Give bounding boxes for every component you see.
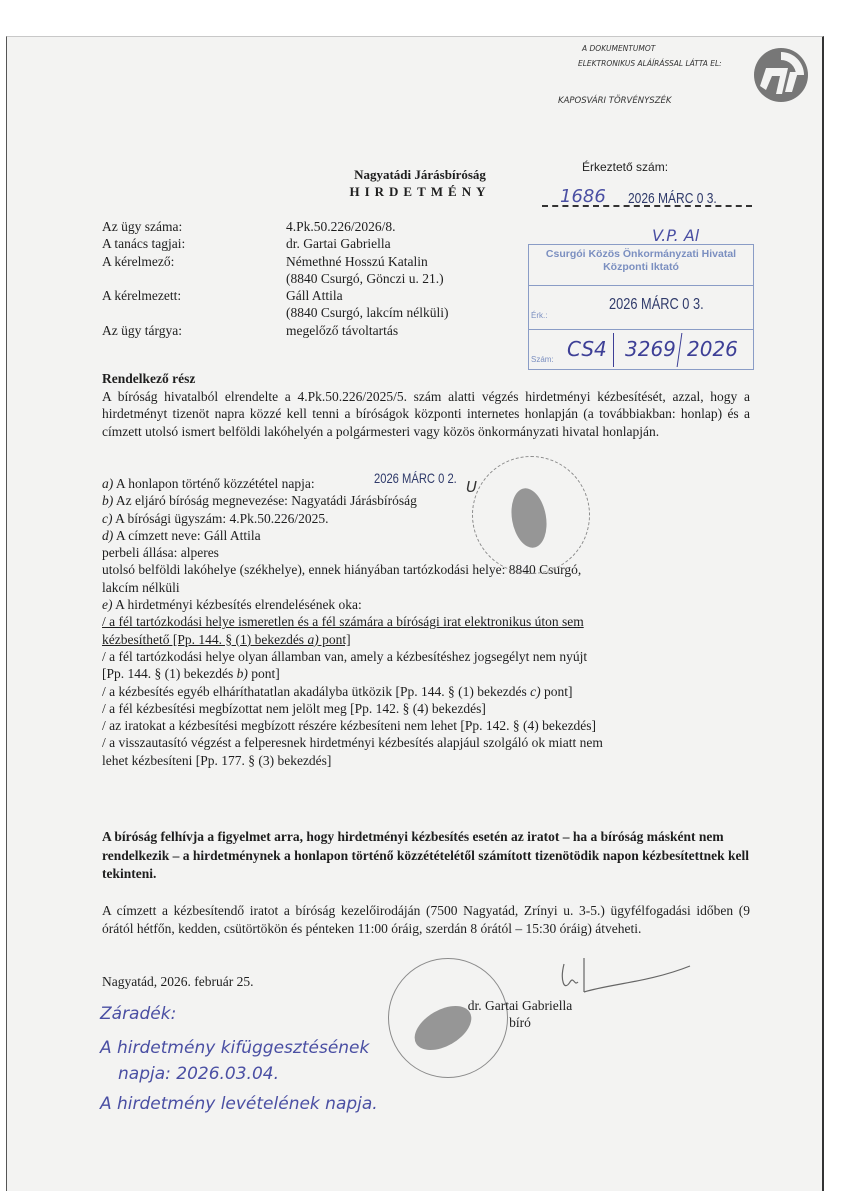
registry-date: 2026 MÁRC 0 3. — [609, 296, 704, 314]
arrival-initials: V.P. Al — [652, 226, 699, 245]
reason-4: / a fél kézbesítési megbízottat nem jelö… — [102, 700, 750, 717]
reason-6: / a visszautasító végzést a felperesnek … — [102, 734, 750, 751]
case-info-row: Az ügy száma:4.Pk.50.226/2026/8. — [102, 218, 448, 235]
case-info-row: A tanács tagjai:dr. Gartai Gabriella — [102, 235, 448, 252]
handwritten-note-line: A hirdetmény levételének napja. — [100, 1094, 378, 1114]
operative-heading: Rendelkező rész — [102, 370, 750, 388]
document-type: HIRDETMÉNY — [300, 183, 540, 200]
handwritten-note-line: napja: 2026.03.04. — [118, 1064, 279, 1084]
reason-1-cont: kézbesíthető [Pp. 144. § (1) bekezdés a)… — [102, 631, 750, 648]
reason-5: / az iratokat a kézbesítési megbízott ré… — [102, 717, 750, 734]
case-info: Az ügy száma:4.Pk.50.226/2026/8. A tanác… — [102, 218, 448, 339]
reason-1: / a fél tartózkodási helye ismeretlen és… — [102, 613, 750, 630]
item-a: a) A honlapon történő közzététel napja: — [102, 475, 750, 492]
operative-section: Rendelkező rész A bíróság hivatalból elr… — [102, 370, 750, 440]
registry-number-part3: 2026 — [687, 337, 738, 361]
reason-2-cont: [Pp. 144. § (1) bekezdés b) pont] — [102, 665, 750, 682]
esign-line2: ELEKTRONIKUS ALÁÍRÁSSAL LÁTTA EL: — [578, 59, 722, 68]
esign-court: KAPOSVÁRI TÖRVÉNYSZÉK — [558, 96, 671, 106]
pickup-info: A címzett a kézbesítendő iratot a bírósá… — [102, 902, 750, 938]
arrival-underline — [542, 205, 752, 207]
registry-stamp: Csurgói Közös Önkormányzati Hivatal Közp… — [528, 244, 754, 370]
item-b: b) Az eljáró bíróság megnevezése: Nagyat… — [102, 492, 750, 509]
handwritten-note-title: Záradék: — [100, 1004, 176, 1024]
case-info-row: A kérelmezett:Gáll Attila(8840 Csurgó, l… — [102, 287, 448, 322]
signer-title: bíró — [465, 1014, 575, 1031]
reason-6-cont: lehet kézbesíteni [Pp. 177. § (3) bekezd… — [102, 752, 750, 769]
item-d-address: utolsó belföldi lakóhelye (székhelye), e… — [102, 561, 750, 578]
esign-line1: A DOKUMENTUMOT — [582, 44, 655, 53]
item-c: c) A bírósági ügyszám: 4.Pk.50.226/2025. — [102, 510, 750, 527]
registry-szam-label: Szám: — [531, 355, 554, 364]
item-e: e) A hirdetményi kézbesítés elrendelésén… — [102, 596, 750, 613]
place-date: Nagyatád, 2026. február 25. — [102, 974, 253, 990]
reason-2: / a fél tartózkodási helye olyan államba… — [102, 648, 750, 665]
signature-icon — [540, 952, 700, 1002]
registry-unit: Központi Iktató — [529, 261, 753, 274]
arrival-handwritten-number: 1686 — [560, 186, 606, 207]
handwritten-note-line: A hirdetmény kifüggesztésének — [100, 1038, 369, 1058]
court-name: Nagyatádi Járásbíróság — [300, 166, 540, 183]
notice-items: a) A honlapon történő közzététel napja: … — [102, 475, 750, 769]
case-info-row: Az ügy tárgya:megelőző távoltartás — [102, 322, 448, 339]
case-info-row: A kérelmező:Némethné Hosszú Katalin(8840… — [102, 253, 448, 288]
registry-number-part1: CS4 — [567, 337, 607, 361]
signer-name: dr. Gartai Gabriella — [465, 997, 575, 1014]
registry-number-part2: 3269 — [625, 337, 676, 361]
court-title: Nagyatádi Járásbíróság HIRDETMÉNY — [300, 166, 540, 200]
item-d: d) A címzett neve: Gáll Attila — [102, 527, 750, 544]
arrival-number-label: Érkeztető szám: — [582, 160, 668, 174]
operative-paragraph: A bíróság hivatalból elrendelte a 4.Pk.5… — [102, 388, 750, 441]
delivery-warning: A bíróság felhívja a figyelmet arra, hog… — [102, 828, 750, 884]
signer-block: dr. Gartai Gabriella bíró — [465, 997, 575, 1031]
reason-3: / a kézbesítés egyéb elháríthatatlan aka… — [102, 683, 750, 700]
item-d-role: perbeli állása: alperes — [102, 544, 750, 561]
item-d-address-cont: lakcím nélküli — [102, 579, 750, 596]
registry-office: Csurgói Közös Önkormányzati Hivatal — [529, 248, 753, 261]
registry-erk-label: Érk.: — [531, 311, 547, 320]
court-logo-icon — [752, 46, 810, 104]
